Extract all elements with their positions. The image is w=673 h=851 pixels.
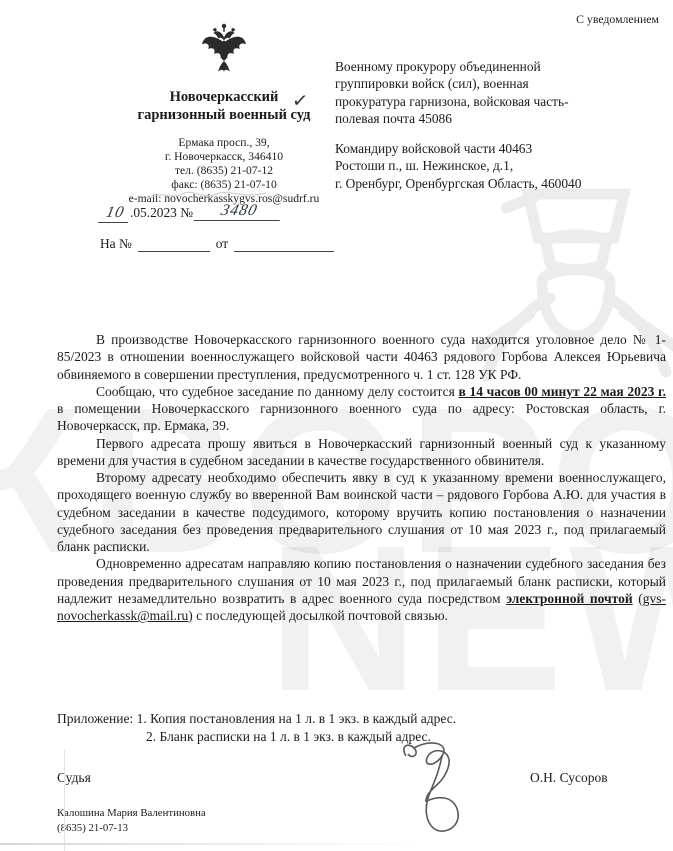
reply-prefix-label: На № xyxy=(100,236,132,251)
signer-name: О.Н. Сусоров xyxy=(530,770,608,786)
resolution-post: ) с последующей досылкой почтовой связью… xyxy=(188,608,448,623)
handwritten-outgoing-number: 3480 xyxy=(194,202,285,221)
outgoing-date-number-line: 10.05.2023 № 3480 xyxy=(100,204,380,223)
paragraph-first-addressee: Первого адресата прошу явиться в Новочер… xyxy=(57,435,666,470)
scan-fold-line xyxy=(64,750,65,851)
attachments-list: Приложение: 1. Копия постановления на 1 … xyxy=(57,710,666,746)
signature-stroke xyxy=(398,742,476,843)
handwritten-day: 10 xyxy=(98,204,132,223)
checkmark-annotation: ✓ xyxy=(291,89,309,114)
reply-from-label: от xyxy=(216,236,228,251)
reply-date-blank xyxy=(234,238,334,252)
email-method-bold: электронной почтой xyxy=(506,591,632,606)
hearing-date-pre: Сообщаю, что судебное заседание по данно… xyxy=(96,384,459,399)
executor-contact: Калошина Мария Валентиновна (8635) 21-07… xyxy=(57,806,206,835)
paragraph-second-addressee: Второму адресату необходимо обеспечить я… xyxy=(57,469,666,555)
attachment-item-1: Приложение: 1. Копия постановления на 1 … xyxy=(57,710,666,728)
hearing-date-post: в помещении Новочеркасского гарнизонного… xyxy=(57,401,666,433)
signer-title: Судья xyxy=(57,770,91,786)
delivery-note: С уведомлением xyxy=(576,12,659,27)
letterhead: Новочеркасский гарнизонный военный суд Е… xyxy=(88,22,360,206)
letter-body: В производстве Новочеркасского гарнизонн… xyxy=(57,331,666,625)
hearing-date-bold: в 14 часов 00 минут 22 мая 2023 г. xyxy=(459,384,667,399)
scanned-court-letter: КВОРО NEW С уведомлением xyxy=(0,0,673,851)
paragraph-resolution-copy: Одновременно адресатам направляю копию п… xyxy=(57,555,666,624)
resolution-mid: ( xyxy=(633,591,643,606)
recipient-unit-commander: Командиру войсковой части 40463 Ростоши … xyxy=(335,140,667,192)
scan-bottom-edge xyxy=(0,843,430,845)
date-typed: .05.2023 № xyxy=(130,205,193,220)
coat-of-arms-icon xyxy=(88,22,360,81)
recipient-military-prosecutor: Военному прокурору объединенной группиро… xyxy=(335,58,667,128)
paragraph-hearing-date: Сообщаю, что судебное заседание по данно… xyxy=(57,383,666,435)
court-name: Новочеркасский гарнизонный военный суд xyxy=(88,89,360,124)
paragraph-case-info: В производстве Новочеркасского гарнизонн… xyxy=(57,331,666,383)
incoming-reference-line: На №от xyxy=(100,236,334,252)
reply-number-blank xyxy=(138,238,210,252)
attachment-item-2: 2. Бланк расписки на 1 л. в 1 экз. в каж… xyxy=(57,728,666,746)
